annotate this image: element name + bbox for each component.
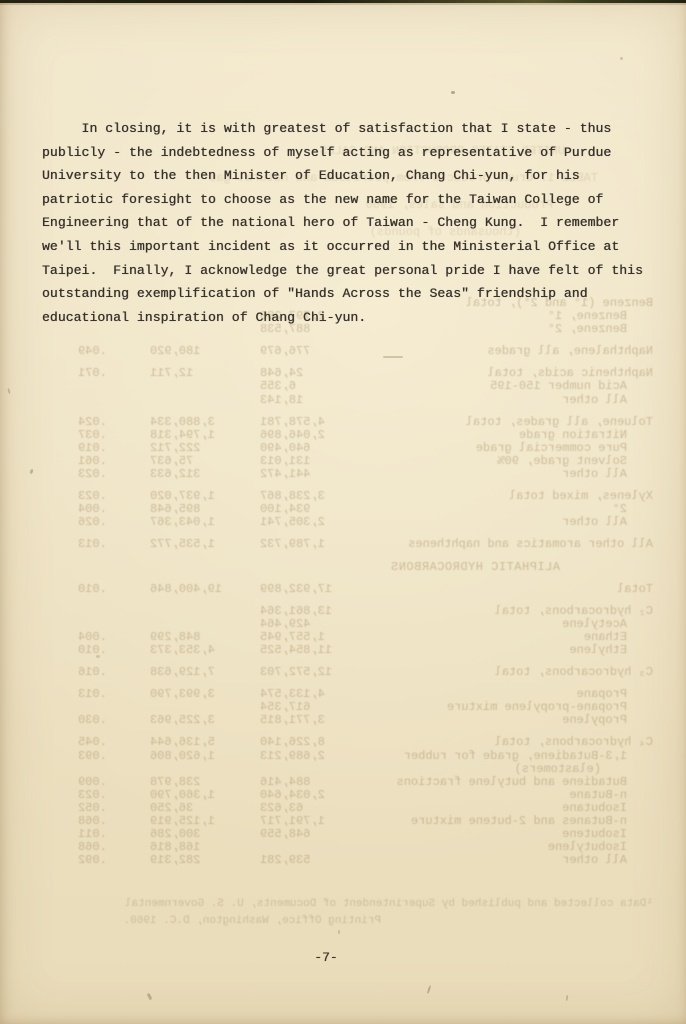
bleed-table-row: C₂ hydrocarbons, total13,861,364	[33, 605, 653, 618]
paragraph-line: Engineering that of the national hero of…	[42, 211, 643, 235]
bleed-row-label: 2°	[355, 503, 653, 516]
bleed-row-value: 3,238,867	[260, 490, 355, 503]
bleed-row-value	[78, 394, 150, 407]
bleed-table-row: Pure commercial grade640,490222,712.019	[33, 442, 653, 455]
bleed-row-value: 1,620,806	[150, 750, 260, 763]
closing-paragraph: In closing, it is with greatest of satis…	[42, 117, 643, 329]
bleed-row-label: Total	[355, 583, 653, 596]
bleed-row-label: Nitration grade	[355, 429, 653, 442]
bleed-row-value: .011	[78, 828, 150, 841]
bleed-row-label: C₄ hydrocarbons, total	[355, 736, 653, 749]
bleed-row-value: .061	[78, 455, 150, 468]
bleed-row-value: 131,013	[260, 455, 355, 468]
bleed-table-row: Isobutane63,62336,250.052	[33, 802, 653, 815]
bleed-row-value: 1,535,772	[150, 538, 260, 551]
bleed-row-label: 1,3-Butadiene, grade for rubber	[355, 750, 653, 763]
bleed-row-value	[150, 380, 260, 393]
bleed-row-value	[150, 605, 260, 618]
bleed-row-value: .013	[78, 538, 150, 551]
bleed-row-label: Toluene, all grades, total	[355, 416, 653, 429]
bleed-row-value: .004	[78, 503, 150, 516]
bleed-row-value: 441,472	[260, 468, 355, 481]
bleed-row-label: Isobutane	[355, 802, 653, 815]
bleed-row-value	[150, 701, 260, 714]
bleed-row-value	[78, 763, 150, 776]
paragraph-line: educational inspiration of Chang Chi-yun…	[42, 306, 643, 330]
bleed-table-row: Isobutene648,559300,286.011	[33, 828, 653, 841]
paper-speck	[96, 655, 100, 658]
bleed-row-value: 3,880,334	[150, 416, 260, 429]
bleed-row-label: All other	[355, 516, 653, 529]
page-number: -7-	[302, 950, 350, 965]
paper-speck	[620, 57, 623, 60]
paper-speck	[427, 985, 432, 994]
bleed-row-value: .030	[78, 714, 150, 727]
bleed-row-value: 75,637	[150, 455, 260, 468]
bleed-table-row: Total17,932,89919,400,846.010	[33, 583, 653, 596]
bleed-row-label: All other	[355, 394, 653, 407]
bleed-table-row: Butadiene and butylene fractions884,4162…	[33, 776, 653, 789]
bleed-table-row: Xylenes, mixed total3,238,8671,937,020.0…	[33, 490, 653, 503]
bleed-row-value: 1,937,020	[150, 490, 260, 503]
bleed-row-value	[260, 841, 355, 854]
bleed-row-value: 640,490	[260, 442, 355, 455]
bleed-row-value: .019	[78, 442, 150, 455]
bleed-row-label: Butadiene and butylene fractions	[355, 776, 653, 789]
bleed-row-value	[260, 763, 355, 776]
bleed-row-label: n-Butanes and 2-butene mixture	[355, 815, 653, 828]
bleed-row-value: 2,689,213	[260, 750, 355, 763]
bleed-row-value: 63,623	[260, 802, 355, 815]
bleed-row-value: 2,046,896	[260, 429, 355, 442]
bleed-row-value: 3,225,963	[150, 714, 260, 727]
bleed-row-value: .024	[78, 416, 150, 429]
bleed-row-label: All other	[355, 854, 653, 867]
scan-edge-top	[0, 0, 686, 3]
bleed-row-label: All other aromatics and naphthenes	[355, 538, 653, 551]
bleed-row-value: 429,464	[260, 618, 355, 631]
bleed-row-value: .071	[78, 367, 150, 380]
bleed-row-value: .016	[78, 666, 150, 679]
bleed-table-row: All other aromatics and naphthenes1,789,…	[33, 538, 653, 551]
bleed-table-row: Isobutylene168,816.068	[33, 841, 653, 854]
bleed-row-value: .009	[78, 776, 150, 789]
bleed-footnote-line: Printing Office, Washington, D.C. 1960.	[33, 913, 381, 930]
bleed-table-row: n-Butane2,034,6401,360,790.023	[33, 789, 653, 802]
paragraph-line: Taipei. Finally, I acknowledge the great…	[42, 259, 643, 283]
bleed-row-value	[150, 618, 260, 631]
paragraph-line: we'll this important incident as it occu…	[42, 235, 643, 259]
bleed-row-value: .026	[78, 516, 150, 529]
bleed-table-row: All other441,472312,633.023	[33, 468, 653, 481]
bleed-row-value	[78, 701, 150, 714]
bleed-row-value: 7,129,638	[150, 666, 260, 679]
bleed-table-row: Ethane1,557,945848,299.004	[33, 631, 653, 644]
bleed-row-label: Xylenes, mixed total	[355, 490, 653, 503]
bleed-row-label: Solvent grade, 90%	[355, 455, 653, 468]
bleed-row-value: 4,578,781	[260, 416, 355, 429]
bleed-row-value: .010	[78, 644, 150, 657]
bleed-table-row: Propylene3,771,8153,225,963.030	[33, 714, 653, 727]
bleed-row-value: 2,305,741	[260, 516, 355, 529]
bleed-table-row: C₄ hydrocarbons, total8,226,1405,136,644…	[33, 736, 653, 749]
bleed-row-value: 8,226,140	[260, 736, 355, 749]
bleed-row-value: .093	[78, 750, 150, 763]
paper-speck	[338, 930, 340, 934]
bleed-table-row: Ethylene11,854,5254,353,373.010	[33, 644, 653, 657]
paper-speck	[565, 995, 568, 1001]
bleed-row-value: 312,633	[150, 468, 260, 481]
bleed-row-value: .037	[78, 429, 150, 442]
bleed-row-label: Pure commercial grade	[355, 442, 653, 455]
bleed-row-label: Acetylene	[355, 618, 653, 631]
bleed-row-value: 18,143	[260, 394, 355, 407]
bleed-footnote-line: ¹Data collected and published by Superin…	[33, 896, 653, 913]
paragraph-line: outstanding exemplification of "Hands Ac…	[42, 282, 643, 306]
bleed-row-value: 13,861,364	[260, 605, 355, 618]
bleed-row-value	[78, 605, 150, 618]
bleed-table-row: n-Butanes and 2-butene mixture1,791,7171…	[33, 815, 653, 828]
bleed-row-value: 12,572,703	[260, 666, 355, 679]
bleed-section-heading: ALIPHATIC HYDROCARBONS	[33, 561, 560, 574]
bleed-row-value: 648,559	[260, 828, 355, 841]
bleed-table-row: Naphthalene, all grades776,679180,920.04…	[33, 345, 653, 358]
bleed-row-value: 282,319	[150, 854, 260, 867]
bleed-row-value: 1,360,790	[150, 789, 260, 802]
bleed-row-value: .092	[78, 854, 150, 867]
bleed-row-value: 1,791,717	[260, 815, 355, 828]
bleed-row-value: 848,299	[150, 631, 260, 644]
bleed-row-value: 1,043,367	[150, 516, 260, 529]
bleed-table-row: Propane4,133,5743,993,790.013	[33, 688, 653, 701]
bleed-row-value: 168,816	[150, 841, 260, 854]
paper-speck	[451, 91, 455, 94]
bleed-table: Benzene (1° and 2°), totalBenzene, 1°2,7…	[33, 297, 653, 867]
paper-speck	[147, 993, 153, 1001]
bleed-row-value: 3,771,815	[260, 714, 355, 727]
bleed-row-label: C₂ hydrocarbons, total	[355, 605, 653, 618]
paragraph-line: patriotic foresight to choose as the new…	[42, 188, 643, 212]
bleed-row-label: Propane	[355, 688, 653, 701]
bleed-row-value: 934,100	[260, 503, 355, 516]
paper-speck	[29, 469, 34, 475]
bleed-row-value: .013	[78, 688, 150, 701]
bleed-row-value: 776,679	[260, 345, 355, 358]
bleed-row-value: 180,920	[150, 345, 260, 358]
bleed-row-label: C₃ hydrocarbons, total	[355, 666, 653, 679]
bleed-table-row: Nitration grade2,046,8961,794,318.037	[33, 429, 653, 442]
bleed-row-value: 11,854,525	[260, 644, 355, 657]
bleed-row-value: 1,125,919	[150, 815, 260, 828]
bleed-row-label: Isobutene	[355, 828, 653, 841]
bleed-row-value: 6,355	[260, 380, 355, 393]
bleed-row-value: 17,932,899	[260, 583, 355, 596]
bleed-table-row: Toluene, all grades, total4,578,7813,880…	[33, 416, 653, 429]
bleed-row-value: 238,978	[150, 776, 260, 789]
bleed-footnote: ¹Data collected and published by Superin…	[33, 896, 653, 930]
bleed-row-value: 5,136,644	[150, 736, 260, 749]
scanned-page: UNITED STATES PRODUCTION AND SALESTABLE …	[0, 0, 686, 1024]
bleed-row-value: 19,400,846	[150, 583, 260, 596]
paragraph-line: In closing, it is with greatest of satis…	[42, 117, 643, 141]
bleed-row-label: (elastomers)	[355, 763, 653, 776]
bleed-row-value: 4,353,373	[150, 644, 260, 657]
bleed-row-value: .068	[78, 841, 150, 854]
bleed-row-value: 300,286	[150, 828, 260, 841]
bleed-row-value: 36,250	[150, 802, 260, 815]
bleed-table-row: All other18,143	[33, 394, 653, 407]
bleed-row-value: 1,794,318	[150, 429, 260, 442]
bleed-row-value: .049	[78, 345, 150, 358]
bleed-row-value: 2,034,640	[260, 789, 355, 802]
bleed-table-row: 2°934,100895,648.004	[33, 503, 653, 516]
bleed-row-label: Ethane	[355, 631, 653, 644]
bleed-table-row: Acetylene429,464	[33, 618, 653, 631]
bleed-row-label: Acid number 150-195	[355, 380, 653, 393]
bleed-row-value	[78, 618, 150, 631]
bleed-row-value: .023	[78, 490, 150, 503]
bleed-row-value	[78, 380, 150, 393]
paragraph-line: University to the then Minister of Educa…	[42, 164, 643, 188]
bleed-table-row: Naphthenic acids, total24,64812,711.071	[33, 367, 653, 380]
bleed-row-label: Propane-propylene mixture	[355, 701, 653, 714]
bleed-table-row: 1,3-Butadiene, grade for rubber2,689,213…	[33, 750, 653, 763]
bleed-row-value: 12,711	[150, 367, 260, 380]
bleed-row-value: .010	[78, 583, 150, 596]
bleed-row-value	[150, 763, 260, 776]
bleed-row-label: Isobutylene	[355, 841, 653, 854]
bleed-row-value	[150, 394, 260, 407]
bleed-table-row: All other539,281282,319.092	[33, 854, 653, 867]
bleed-table-row: C₃ hydrocarbons, total12,572,7037,129,63…	[33, 666, 653, 679]
bleed-row-value: 539,281	[260, 854, 355, 867]
bleed-row-label: Propylene	[355, 714, 653, 727]
bleed-table-row: (elastomers)	[33, 763, 653, 776]
bleed-row-value: .023	[78, 468, 150, 481]
bleed-table-row: All other2,305,7411,043,367.026	[33, 516, 653, 529]
bleed-row-label: n-Butane	[355, 789, 653, 802]
bleed-row-value: .068	[78, 815, 150, 828]
pencil-dash-mark	[383, 356, 403, 358]
bleed-table-row: Solvent grade, 90%131,01375,637.061	[33, 455, 653, 468]
bleed-row-value: 617,354	[260, 701, 355, 714]
bleed-row-value: .023	[78, 789, 150, 802]
bleed-row-label: All other	[355, 468, 653, 481]
bleed-row-value: .045	[78, 736, 150, 749]
bleed-row-value: 895,648	[150, 503, 260, 516]
bleed-table-row: Acid number 150-1956,355	[33, 380, 653, 393]
paragraph-line: publicly - the indebtedness of myself ac…	[42, 141, 643, 165]
bleed-row-label: Ethylene	[355, 644, 653, 657]
bleed-row-value: .052	[78, 802, 150, 815]
bleed-row-label: Naphthenic acids, total	[355, 367, 653, 380]
paper-speck	[7, 388, 10, 394]
bleed-row-value: 884,416	[260, 776, 355, 789]
bleed-row-value: 1,789,732	[260, 538, 355, 551]
bleed-row-value: 3,993,790	[150, 688, 260, 701]
bleed-row-value: .004	[78, 631, 150, 644]
bleed-row-value: 222,712	[150, 442, 260, 455]
bleed-table-row: Propane-propylene mixture617,354	[33, 701, 653, 714]
bleed-row-value: 4,133,574	[260, 688, 355, 701]
bleed-row-value: 1,557,945	[260, 631, 355, 644]
bleed-row-value: 24,648	[260, 367, 355, 380]
